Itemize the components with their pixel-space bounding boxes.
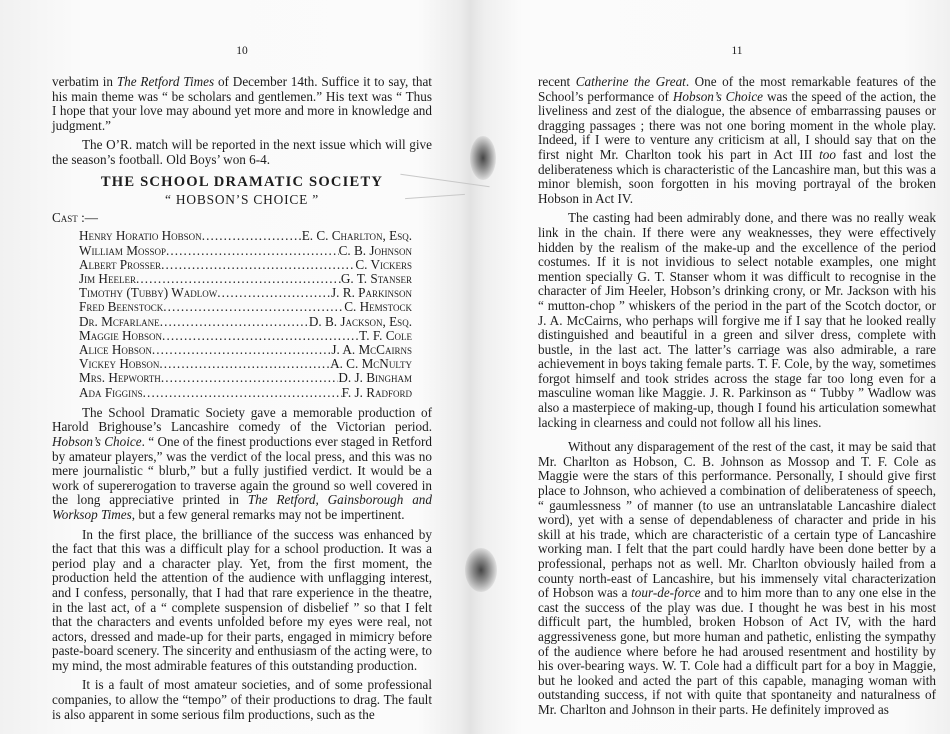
- actor: D. J. Bingham: [338, 371, 412, 385]
- role: Jim Heeler: [79, 272, 136, 286]
- leader-dots: [162, 329, 359, 343]
- text: Without any disparagement of the rest of…: [538, 439, 936, 600]
- leader-dots: [163, 300, 344, 314]
- cast-row: Dr. McfarlaneD. B. Jackson, Esq.: [79, 315, 412, 329]
- paragraph: It is a fault of most amateur societies,…: [52, 678, 432, 722]
- role: William Mossop: [79, 244, 166, 258]
- emphasis: too: [819, 147, 836, 162]
- cast-row: Albert ProsserC. Vickers: [79, 258, 412, 272]
- cast-row: Henry Horatio HobsonE. C. Charlton, Esq.: [79, 229, 412, 243]
- leader-dots: [159, 357, 330, 371]
- text: and to him more than to any one else in …: [538, 585, 936, 717]
- actor: E. C. Charlton, Esq.: [302, 229, 412, 243]
- text: The School Dramatic Society gave a memor…: [52, 405, 432, 435]
- role: Timothy (Tubby) Wadlow: [79, 286, 217, 300]
- cast-row: Vickey HobsonA. C. McNulty: [79, 357, 412, 371]
- ink-blot-bottom: [465, 548, 497, 592]
- paragraph: recent Catherine the Great. One of the m…: [538, 75, 936, 206]
- role: Mrs. Hepworth: [79, 371, 161, 385]
- right-page-body: recent Catherine the Great. One of the m…: [538, 75, 936, 723]
- cast-row: Jim HeelerG. T. Stanser: [79, 272, 412, 286]
- paragraph: The O’R. match will be reported in the n…: [52, 138, 432, 167]
- paragraph: Without any disparagement of the rest of…: [538, 440, 936, 717]
- paragraph: The School Dramatic Society gave a memor…: [52, 406, 432, 523]
- leader-dots: [160, 315, 309, 329]
- play-title-italic: Hobson’s Choice: [673, 89, 763, 104]
- cast-list: Henry Horatio HobsonE. C. Charlton, Esq.…: [79, 229, 412, 399]
- role: Fred Beenstock: [79, 300, 163, 314]
- left-page-body: verbatim in The Retford Times of Decembe…: [52, 75, 432, 727]
- leader-dots: [166, 244, 339, 258]
- role: Ada Figgins: [79, 386, 143, 400]
- leader-dots: [143, 386, 342, 400]
- actor: D. B. Jackson, Esq.: [309, 315, 412, 329]
- role: Henry Horatio Hobson: [79, 229, 202, 243]
- text: recent: [538, 74, 576, 89]
- actor: C. Vickers: [355, 258, 412, 272]
- leader-dots: [217, 286, 331, 300]
- actor: C. B. Johnson: [339, 244, 412, 258]
- play-title: “ HOBSON’S CHOICE ”: [52, 193, 432, 208]
- role: Vickey Hobson: [79, 357, 159, 371]
- role: Maggie Hobson: [79, 329, 162, 343]
- page-number: 11: [538, 45, 936, 57]
- leader-dots: [136, 272, 341, 286]
- page-number: 10: [52, 45, 432, 57]
- cast-row: William MossopC. B. Johnson: [79, 244, 412, 258]
- cast-row: Timothy (Tubby) WadlowJ. R. Parkinson: [79, 286, 412, 300]
- book-spread: 10 verbatim in The Retford Times of Dece…: [0, 0, 950, 734]
- cast-row: Ada FigginsF. J. Radford: [79, 386, 412, 400]
- actor: C. Hemstock: [344, 300, 412, 314]
- leader-dots: [161, 258, 355, 272]
- cast-row: Fred BeenstockC. Hemstock: [79, 300, 412, 314]
- actor: F. J. Radford: [342, 386, 412, 400]
- paragraph: In the first place, the brilliance of th…: [52, 528, 432, 674]
- actor: A. C. McNulty: [330, 357, 412, 371]
- paragraph: The casting had been admirably done, and…: [538, 211, 936, 430]
- role: Albert Prosser: [79, 258, 161, 272]
- leader-dots: [161, 371, 339, 385]
- text: , but a few general remarks may not be i…: [132, 507, 405, 522]
- cast-row: Maggie HobsonT. F. Cole: [79, 329, 412, 343]
- role: Dr. Mcfarlane: [79, 315, 160, 329]
- leader-dots: [152, 343, 331, 357]
- cast-row: Alice HobsonJ. A. McCairns: [79, 343, 412, 357]
- actor: J. A. McCairns: [331, 343, 412, 357]
- newspaper-title: The Retford Times: [117, 74, 214, 89]
- cast-label: Cast :—: [52, 211, 432, 226]
- role: Alice Hobson: [79, 343, 152, 357]
- actor: J. R. Parkinson: [331, 286, 412, 300]
- emphasis: tour-de-force: [631, 585, 701, 600]
- actor: T. F. Cole: [359, 329, 412, 343]
- paragraph: verbatim in The Retford Times of Decembe…: [52, 75, 432, 133]
- text: verbatim in: [52, 74, 117, 89]
- leader-dots: [202, 229, 302, 243]
- film-title: Catherine the Great: [576, 74, 686, 89]
- ink-blot-top: [470, 136, 496, 180]
- cast-row: Mrs. HepworthD. J. Bingham: [79, 371, 412, 385]
- section-heading: THE SCHOOL DRAMATIC SOCIETY: [52, 175, 432, 190]
- actor: G. T. Stanser: [341, 272, 412, 286]
- play-title-italic: Hobson’s Choice: [52, 434, 142, 449]
